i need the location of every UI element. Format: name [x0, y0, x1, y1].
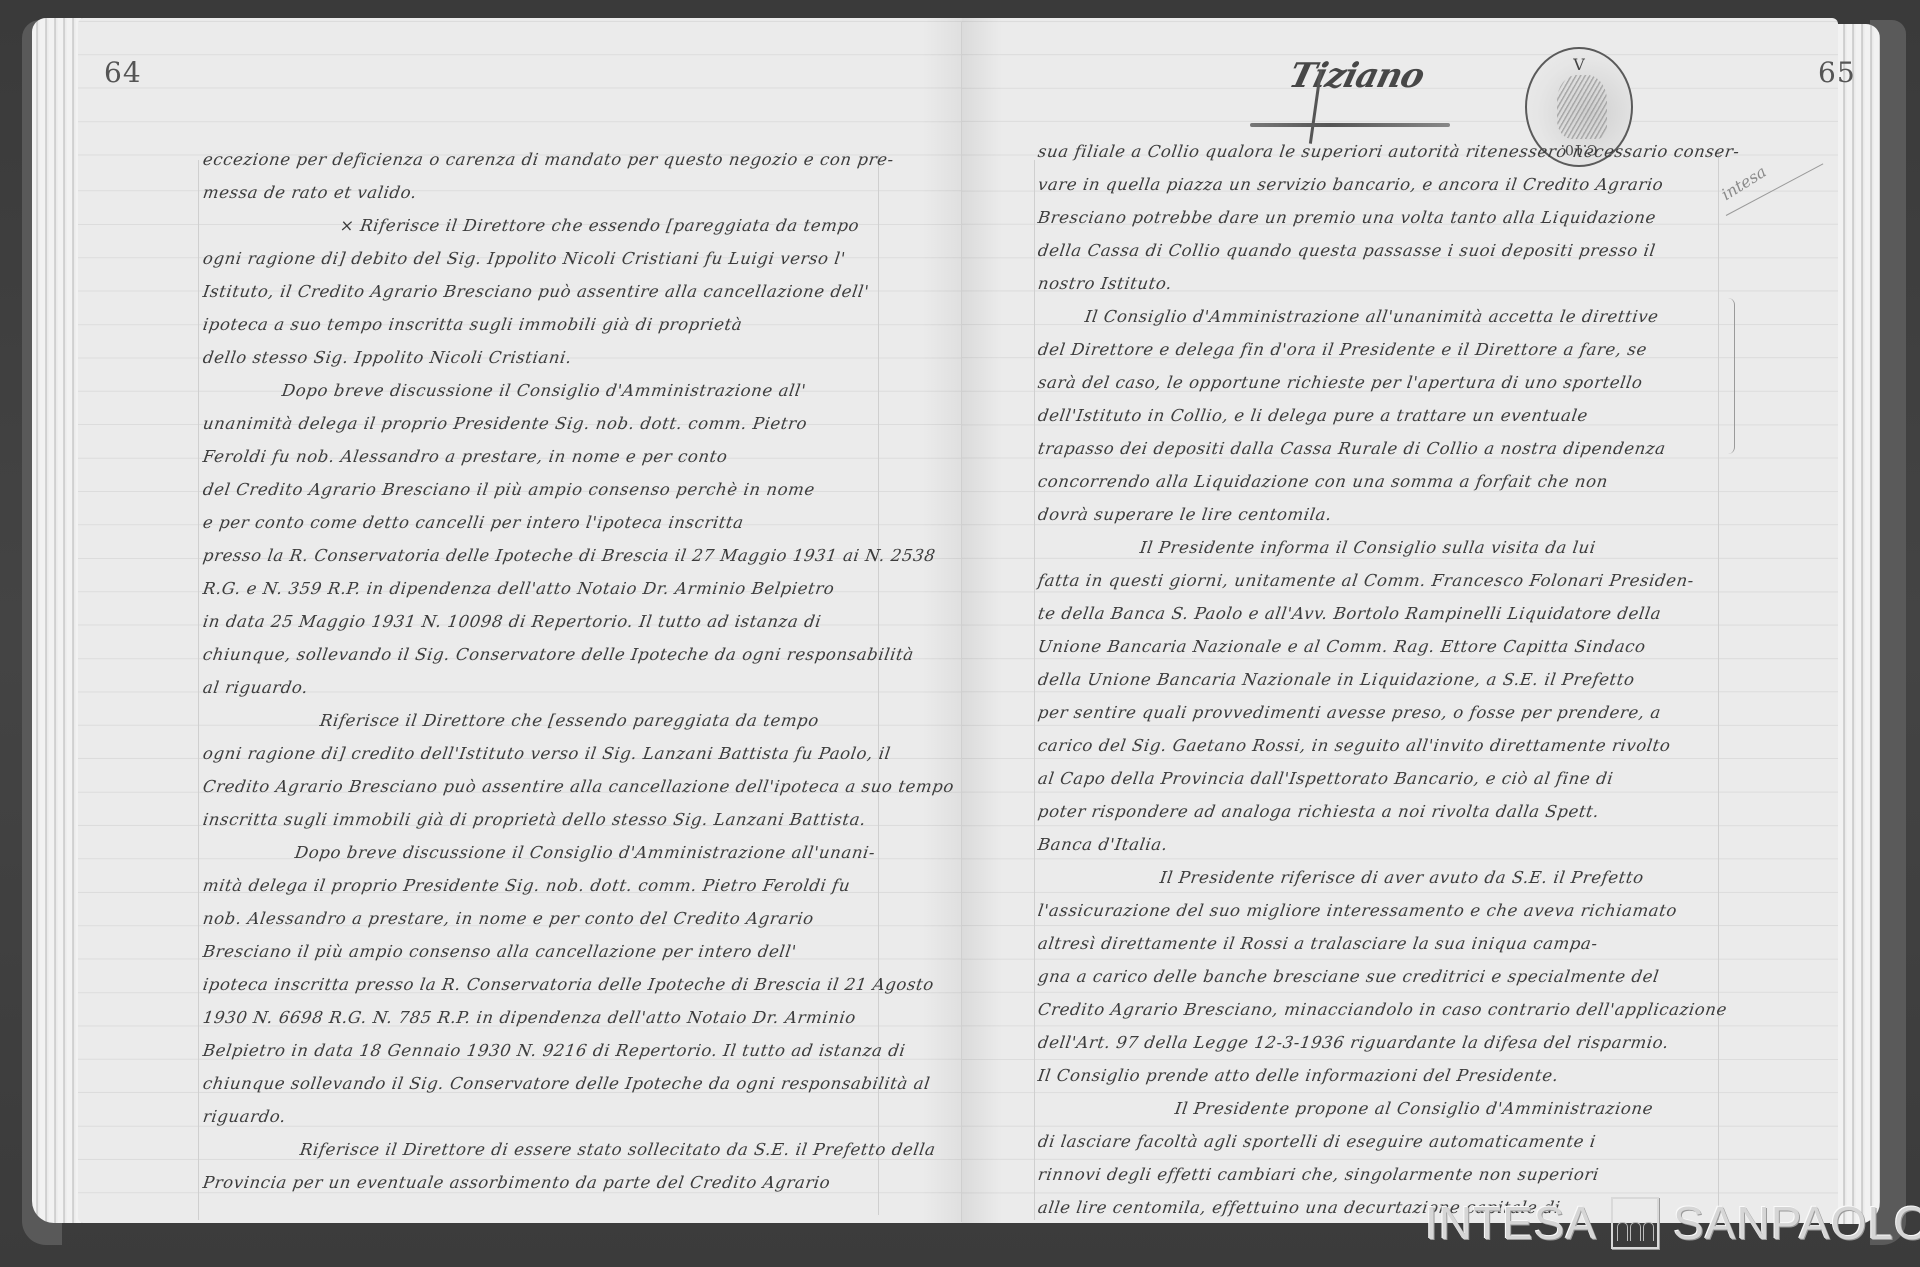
text-line: vare in quella piazza un servizio bancar… [1037, 175, 1665, 195]
text-line: sua filiale a Collio qualora le superior… [1037, 142, 1741, 162]
text-line: × Riferisce il Direttore che essendo [pa… [339, 216, 861, 236]
text-line: Riferisce il Direttore che [essendo pare… [319, 711, 821, 731]
watermark-left-text: INTESA [1425, 1196, 1597, 1250]
text-line: Credito Agrario Bresciano, minacciandolo… [1037, 1000, 1729, 1020]
text-line: Provincia per un eventuale assorbimento … [202, 1173, 832, 1193]
text-line: di lasciare facoltà agli sportelli di es… [1037, 1132, 1598, 1152]
right-page-right-rule [1718, 150, 1719, 1220]
text-line: Banca d'Italia. [1037, 835, 1169, 855]
page-number-left: 64 [104, 56, 142, 89]
page-stack-left [32, 18, 84, 1223]
intesa-sanpaolo-watermark: INTESA SANPAOLO [1425, 1194, 1920, 1252]
text-line: Feroldi fu nob. Alessandro a prestare, i… [202, 447, 729, 467]
text-line: Dopo breve discussione il Consiglio d'Am… [294, 843, 877, 863]
text-line: Il Consiglio prende atto delle informazi… [1037, 1066, 1560, 1086]
text-line: Bresciano il più ampio consenso alla can… [202, 942, 798, 962]
text-line: l'assicurazione del suo migliore interes… [1037, 901, 1679, 921]
margin-bracket [1728, 298, 1735, 454]
watermark-right-text: SANPAOLO [1673, 1196, 1920, 1250]
text-line: Credito Agrario Bresciano può assentire … [202, 777, 956, 797]
text-line: e per conto come detto cancelli per inte… [202, 513, 745, 533]
bank-logo-icon [1611, 1197, 1659, 1249]
text-line: messa de rato et valido. [202, 183, 419, 203]
text-line: Il Presidente propone al Consiglio d'Amm… [1174, 1099, 1655, 1119]
text-line: nostro Istituto. [1037, 274, 1174, 294]
text-line: Unione Bancaria Nazionale e al Comm. Rag… [1037, 637, 1647, 657]
stamp-figure-icon [1557, 75, 1607, 139]
text-line: al Capo della Provincia dall'Ispettorato… [1037, 769, 1615, 789]
text-line: Istituto, il Credito Agrario Bresciano p… [202, 282, 871, 302]
text-line: al riguardo. [202, 678, 310, 698]
text-line: nob. Alessandro a prestare, in nome e pe… [202, 909, 816, 929]
text-line: eccezione per deficienza o carenza di ma… [202, 150, 896, 170]
text-line: R.G. e N. 359 R.P. in dipendenza dell'at… [202, 579, 836, 599]
text-line: della Cassa di Collio quando questa pass… [1037, 241, 1657, 261]
text-line: in data 25 Maggio 1931 N. 10098 di Reper… [202, 612, 823, 632]
text-line: chiunque sollevando il Sig. Conservatore… [202, 1074, 932, 1094]
text-line: ogni ragione di] credito dell'Istituto v… [202, 744, 892, 764]
text-line: rinnovi degli effetti cambiari che, sing… [1037, 1165, 1601, 1185]
book-gutter [961, 22, 962, 1222]
text-line: mità delega il proprio Presidente Sig. n… [202, 876, 852, 896]
text-line: dello stesso Sig. Ippolito Nicoli Cristi… [202, 348, 574, 368]
text-line: Riferisce il Direttore di essere stato s… [299, 1140, 937, 1160]
text-line: Il Presidente informa il Consiglio sulla… [1139, 538, 1598, 558]
right-page-margin-rule [1034, 160, 1035, 1220]
text-line: 1930 N. 6698 R.G. N. 785 R.P. in dipende… [202, 1008, 858, 1028]
text-line: altresì direttamente il Rossi a tralasci… [1037, 934, 1599, 954]
signature: Tiziano [1285, 56, 1428, 96]
text-line: del Direttore e delega fin d'ora il Pres… [1037, 340, 1649, 360]
text-line: Il Consiglio d'Amministrazione all'unani… [1084, 307, 1660, 327]
text-line: Dopo breve discussione il Consiglio d'Am… [281, 381, 808, 401]
left-page-margin-rule [198, 160, 199, 1220]
text-line: ipoteca inscritta presso la R. Conservat… [202, 975, 936, 995]
text-line: presso la R. Conservatoria delle Ipotech… [202, 546, 937, 566]
text-line: del Credito Agrario Bresciano il più amp… [202, 480, 817, 500]
text-line: sarà del caso, le opportune richieste pe… [1037, 373, 1644, 393]
text-line: dovrà superare le lire centomila. [1037, 505, 1334, 525]
text-line: fatta in questi giorni, unitamente al Co… [1037, 571, 1696, 591]
text-line: concorrendo alla Liquidazione con una so… [1037, 472, 1610, 492]
text-line: inscritta sugli immobili già di propriet… [202, 810, 868, 830]
text-line: dell'Istituto in Collio, e li delega pur… [1037, 406, 1590, 426]
signature-underline [1250, 123, 1450, 127]
page-number-right: 65 [1818, 56, 1856, 89]
text-line: dell'Art. 97 della Legge 12-3-1936 rigua… [1037, 1033, 1671, 1053]
stamp-value-top: V [1527, 55, 1631, 74]
text-line: poter rispondere ad analoga richiesta a … [1037, 802, 1601, 822]
text-line: gna a carico delle banche bresciane sue … [1037, 967, 1661, 987]
text-line: ogni ragione di] debito del Sig. Ippolit… [202, 249, 847, 269]
text-line: carico del Sig. Gaetano Rossi, in seguit… [1037, 736, 1672, 756]
text-line: trapasso dei depositi dalla Cassa Rurale… [1037, 439, 1667, 459]
text-line: riguardo. [202, 1107, 288, 1127]
text-line: chiunque, sollevando il Sig. Conservator… [202, 645, 916, 665]
text-line: te della Banca S. Paolo e all'Avv. Borto… [1037, 604, 1663, 624]
text-line: della Unione Bancaria Nazionale in Liqui… [1037, 670, 1636, 690]
text-line: unanimità delega il proprio Presidente S… [202, 414, 809, 434]
text-line: Bresciano potrebbe dare un premio una vo… [1037, 208, 1658, 228]
text-line: Belpietro in data 18 Gennaio 1930 N. 921… [202, 1041, 907, 1061]
text-line: Il Presidente riferisce di aver avuto da… [1159, 868, 1646, 888]
text-line: ipoteca a suo tempo inscritta sugli immo… [202, 315, 744, 335]
text-line: per sentire quali provvedimenti avesse p… [1037, 703, 1663, 723]
